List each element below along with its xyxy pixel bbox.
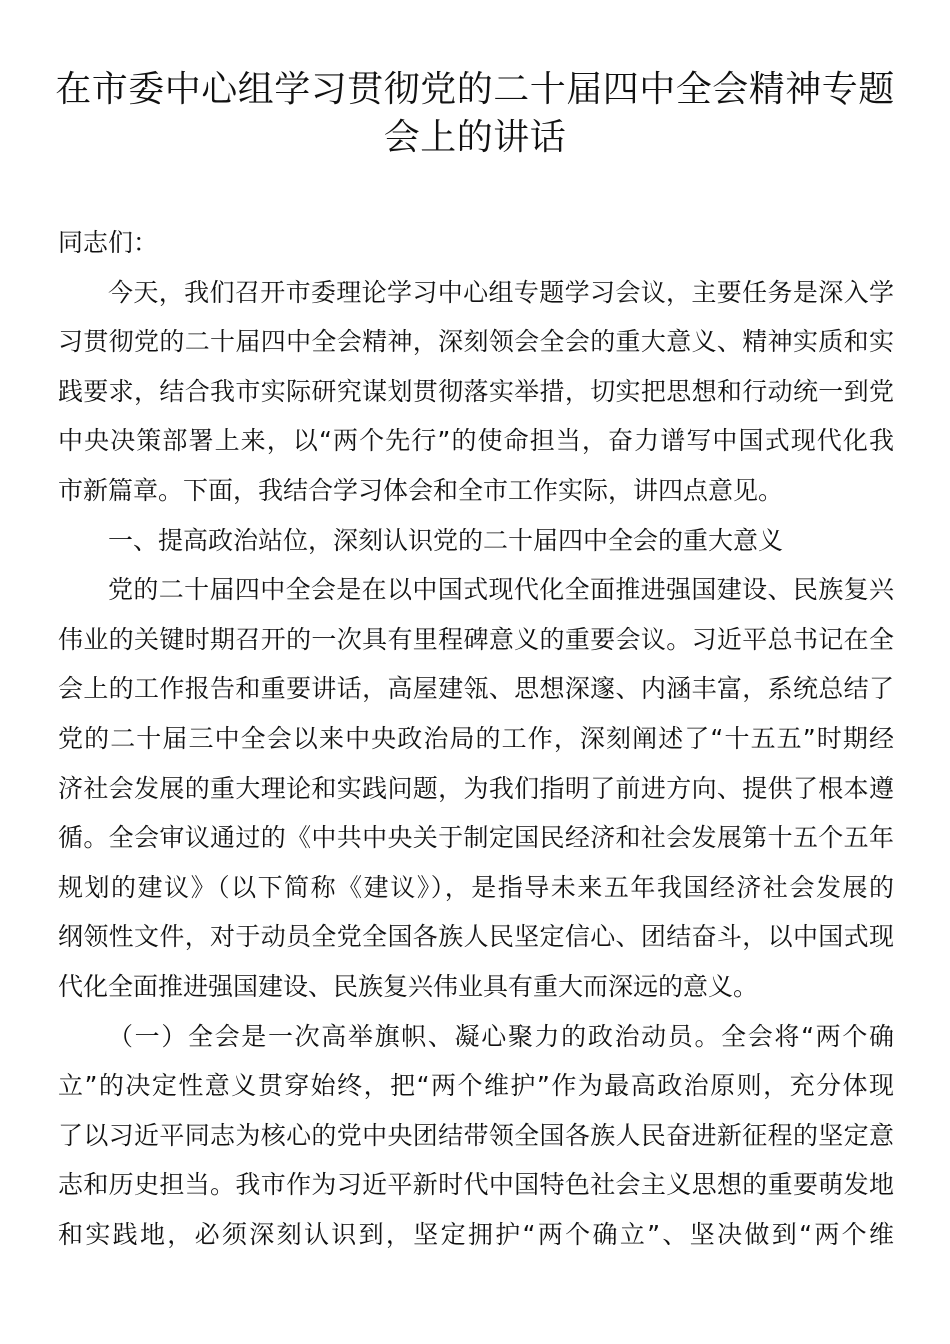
text-line: 一、提高政治站位，深刻认识党的二十届四中全会的重大意义 [58, 516, 894, 566]
title-line-1: 在市委中心组学习贯彻党的二十届四中全会精神专题 [40, 66, 910, 114]
text-line: 市新篇章。下面，我结合学习体会和全市工作实际，讲四点意见。 [58, 466, 894, 516]
document-title: 在市委中心组学习贯彻党的二十届四中全会精神专题 会上的讲话 [40, 66, 910, 162]
document-body: 同志们：今天，我们召开市委理论学习中心组专题学习会议，主要任务是深入学习贯彻党的… [58, 218, 894, 1259]
text-line: 习贯彻党的二十届四中全会精神，深刻领会全会的重大意义、精神实质和实 [58, 317, 894, 367]
text-line: 和实践地，必须深刻认识到，坚定拥护“两个确立”、坚决做到“两个维 [58, 1210, 894, 1260]
text-line: 纲领性文件，对于动员全党全国各族人民坚定信心、团结奋斗，以中国式现 [58, 912, 894, 962]
text-line: 了以习近平同志为核心的党中央团结带领全国各族人民奋进新征程的坚定意 [58, 1111, 894, 1161]
text-line: 党的二十届三中全会以来中央政治局的工作，深刻阐述了“十五五”时期经 [58, 714, 894, 764]
text-line: 践要求，结合我市实际研究谋划贯彻落实举措，切实把思想和行动统一到党 [58, 367, 894, 417]
text-line: 今天，我们召开市委理论学习中心组专题学习会议，主要任务是深入学 [58, 268, 894, 318]
title-line-2: 会上的讲话 [40, 114, 910, 162]
text-line: 代化全面推进强国建设、民族复兴伟业具有重大而深远的意义。 [58, 962, 894, 1012]
text-line: 规划的建议》（以下简称《建议》），是指导未来五年我国经济社会发展的 [58, 863, 894, 913]
text-line: 志和历史担当。我市作为习近平新时代中国特色社会主义思想的重要萌发地 [58, 1160, 894, 1210]
text-line: 同志们： [58, 218, 894, 268]
text-line: 循。全会审议通过的《中共中央关于制定国民经济和社会发展第十五个五年 [58, 813, 894, 863]
text-line: （一）全会是一次高举旗帜、凝心聚力的政治动员。全会将“两个确 [58, 1012, 894, 1062]
text-line: 党的二十届四中全会是在以中国式现代化全面推进强国建设、民族复兴 [58, 565, 894, 615]
document-page: 在市委中心组学习贯彻党的二十届四中全会精神专题 会上的讲话 同志们：今天，我们召… [0, 0, 950, 1344]
text-line: 济社会发展的重大理论和实践问题，为我们指明了前进方向、提供了根本遵 [58, 764, 894, 814]
text-line: 中央决策部署上来，以“两个先行”的使命担当，奋力谱写中国式现代化我 [58, 416, 894, 466]
text-line: 会上的工作报告和重要讲话，高屋建瓴、思想深邃、内涵丰富，系统总结了 [58, 664, 894, 714]
text-line: 立”的决定性意义贯穿始终，把“两个维护”作为最高政治原则，充分体现 [58, 1061, 894, 1111]
text-line: 伟业的关键时期召开的一次具有里程碑意义的重要会议。习近平总书记在全 [58, 615, 894, 665]
